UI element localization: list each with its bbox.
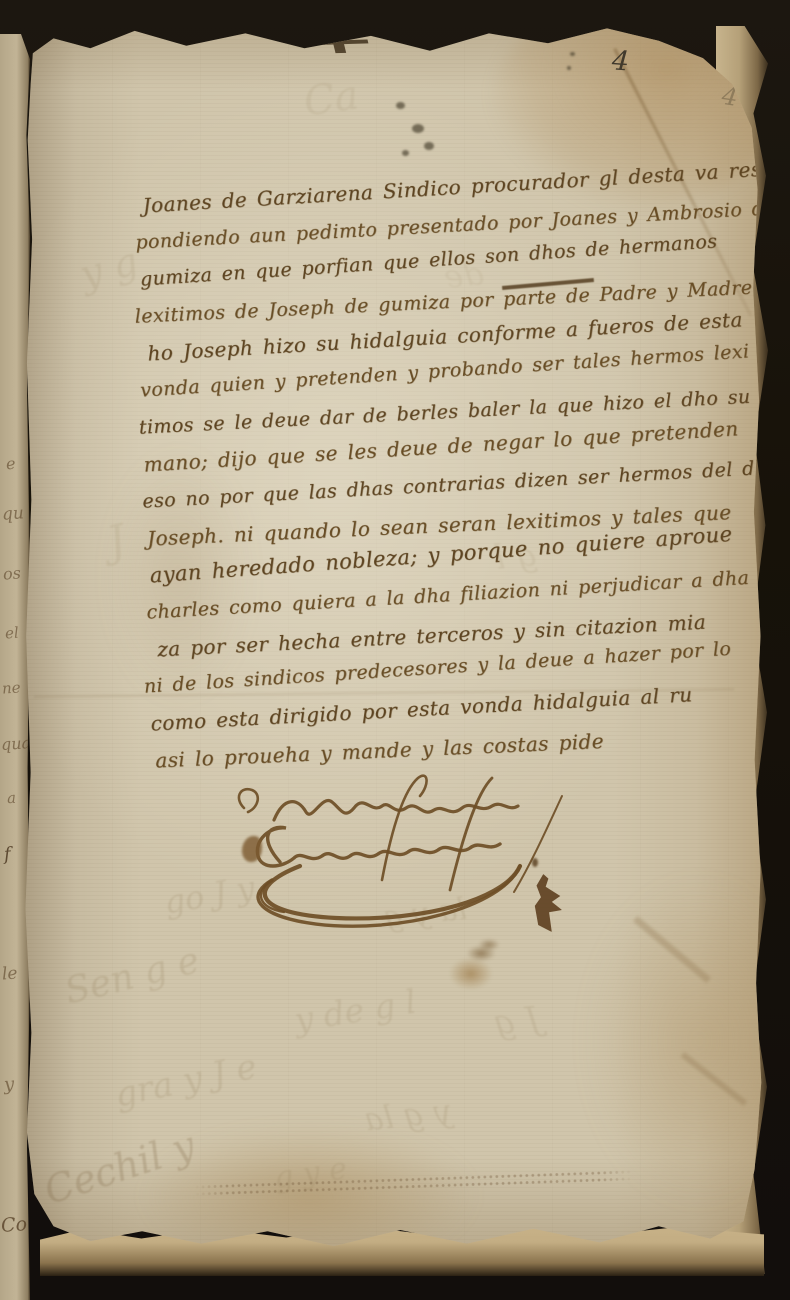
ink-speck — [570, 52, 575, 56]
invocation-cross-mark: + — [294, 21, 383, 63]
dotted-stamp-bleedthrough — [194, 1168, 634, 1197]
edge-fragment: le — [1, 963, 18, 984]
ghost-text: gra y J e — [111, 1047, 260, 1116]
ghost-text: Cechil y — [39, 1123, 200, 1213]
ghost-text: J g — [492, 999, 542, 1044]
manuscript-text-block: Joanes de Garziarena Sindico procurador … — [132, 176, 743, 779]
folio-number: 4 — [611, 45, 630, 77]
ghost-text: Sen g e — [61, 940, 203, 1013]
ghost-stroke — [681, 1052, 748, 1106]
photograph-of-manuscript: { "page": { "folio_number": "4", "corner… — [0, 0, 790, 1300]
ghost-stroke — [633, 916, 711, 983]
manuscript-page: + 4 4 Ca y g de J g l go J y la y g Sen … — [24, 16, 762, 1256]
ghost-text: Ca — [301, 72, 361, 125]
edge-fragment: f — [3, 844, 11, 865]
ink-speck — [402, 150, 409, 156]
ink-speck — [396, 102, 405, 109]
edge-fragment: ne — [1, 678, 21, 697]
edge-fragment: os — [2, 563, 21, 583]
edge-fragment: e — [5, 454, 16, 474]
edge-fragment: el — [4, 624, 19, 643]
ink-speck — [567, 66, 571, 70]
page-edge-left-stack: e qu os el ne qua a f le y Co — [0, 34, 30, 1300]
ghost-text: y g la — [362, 1091, 454, 1138]
edge-fragment: Co — [0, 1213, 27, 1237]
edge-fragment: qu — [1, 503, 24, 524]
ink-speck — [424, 142, 434, 150]
ghost-text: y de g l — [292, 982, 419, 1040]
ink-speck — [532, 858, 538, 867]
edge-fragment: y — [3, 1074, 15, 1096]
ghost-text: J — [102, 515, 130, 567]
edge-fragment: a — [6, 789, 16, 808]
ink-speck — [412, 124, 424, 133]
edge-fragment: qua — [0, 733, 31, 754]
